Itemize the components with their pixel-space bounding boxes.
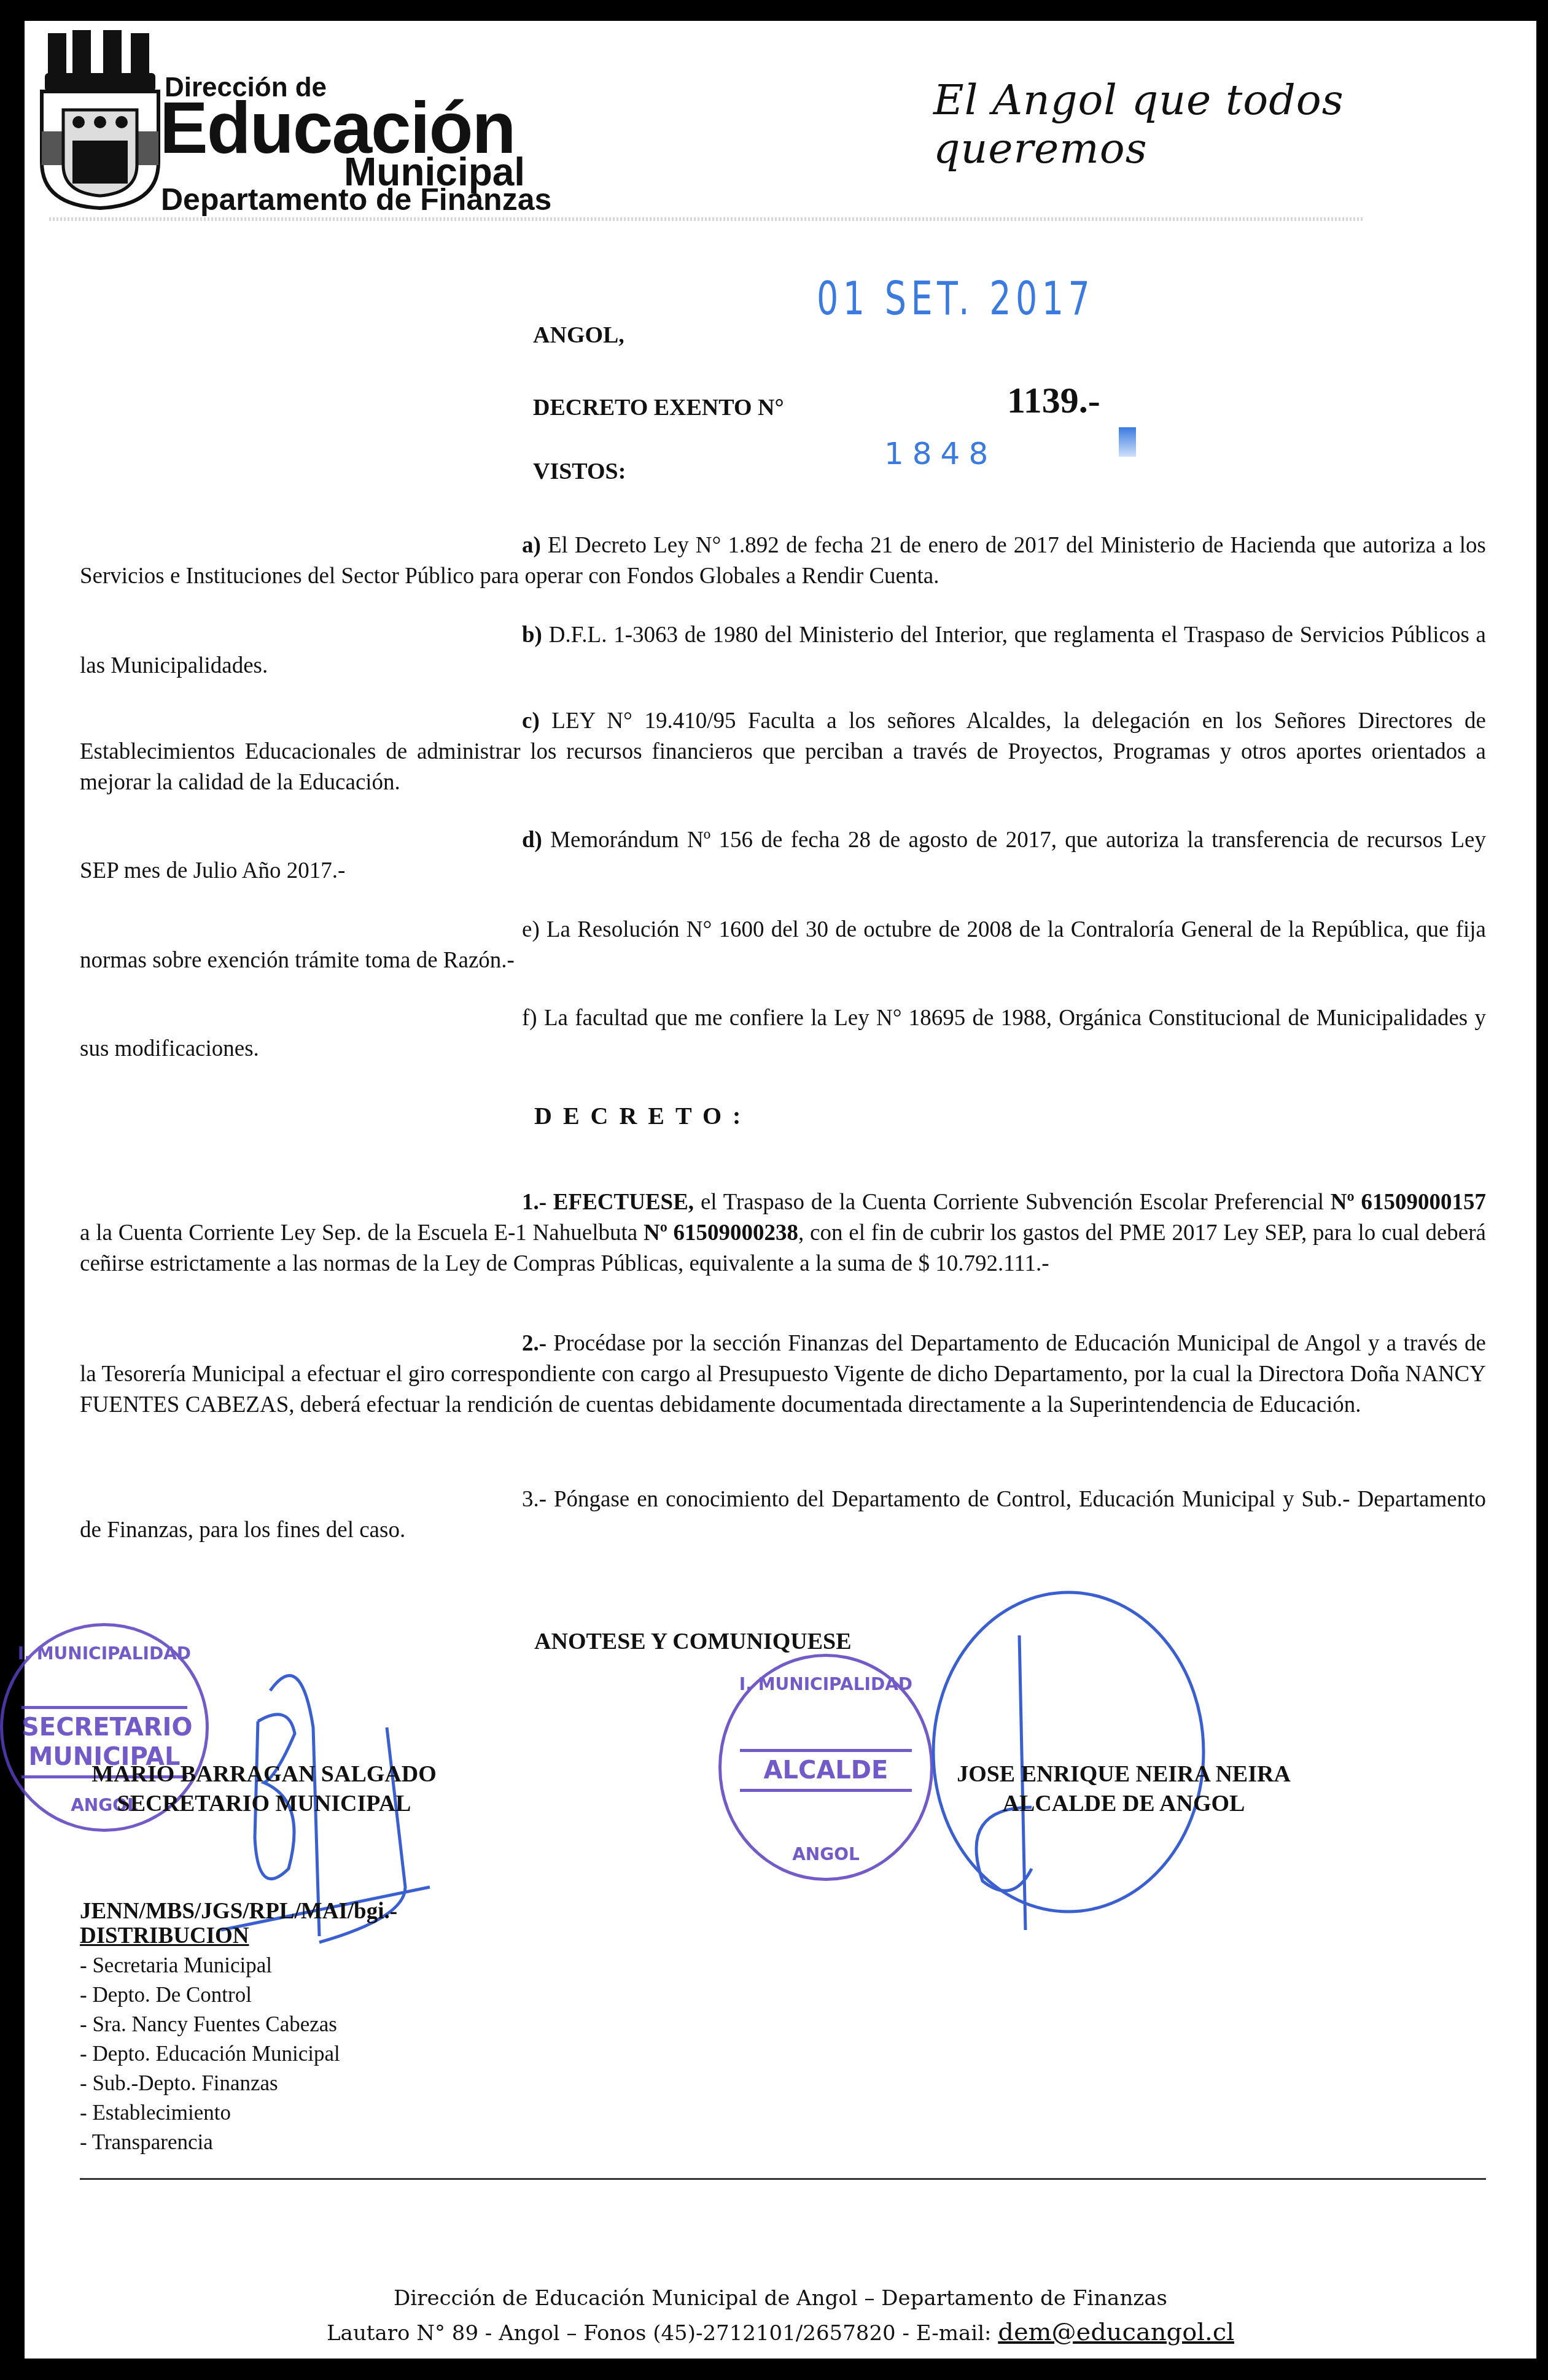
distribution-list: - Secretaria Municipal - Depto. De Contr…: [80, 1951, 340, 2157]
mayor-signature-icon: [909, 1586, 1228, 1930]
article-1: 1.- EFECTUESE, el Traspaso de la Cuenta …: [80, 1187, 1486, 1279]
list-item: - Transparencia: [80, 2128, 340, 2157]
secretary-signature-block: MARIO BARRAGAN SALGADO SECRETARIO MUNICI…: [61, 1759, 467, 1818]
decree-label: DECRETO EXENTO N°: [533, 394, 784, 421]
list-item: - Depto. De Control: [80, 1980, 340, 2010]
list-item: - Secretaria Municipal: [80, 1951, 340, 1980]
email-link[interactable]: dem@educangol.cl: [998, 2318, 1234, 2346]
footer-contact: Lautaro N° 89 - Angol – Fonos (45)-27121…: [25, 2318, 1536, 2346]
city-label: ANGOL,: [533, 322, 624, 349]
number-stamp: 1848: [884, 436, 997, 471]
visto-a: a) El Decreto Ley N° 1.892 de fecha 21 d…: [80, 530, 1486, 592]
secretary-title: SECRETARIO MUNICIPAL: [61, 1789, 467, 1818]
decreto-heading: DECRETO:: [534, 1101, 752, 1130]
brand-line-4: Departamento de Finanzas: [161, 184, 551, 215]
distribution-heading: DISTRIBUCION: [80, 1923, 249, 1949]
header-divider: [49, 217, 1363, 221]
mayor-title: ALCALDE DE ANGOL: [933, 1789, 1314, 1818]
list-item: - Sra. Nancy Fuentes Cabezas: [80, 2010, 340, 2039]
municipal-coat-of-arms-icon: [36, 27, 165, 211]
article-3: 3.- Póngase en conocimiento del Departam…: [80, 1484, 1486, 1546]
date-stamp: 01 SET. 2017: [817, 273, 1094, 325]
footer-divider: [80, 2178, 1486, 2180]
list-item: - Establecimiento: [80, 2098, 340, 2128]
list-item: - Sub.-Depto. Finanzas: [80, 2069, 340, 2098]
visto-b: b) D.F.L. 1-3063 de 1980 del Ministerio …: [80, 620, 1486, 681]
mayor-seal: I. MUNICIPALIDAD ALCALDE ANGOL: [718, 1654, 933, 1881]
visto-c: c) LEY N° 19.410/95 Faculta a los señore…: [80, 706, 1486, 798]
closing-formula: ANOTESE Y COMUNIQUESE: [534, 1628, 852, 1655]
visto-d: d) Memorándum Nº 156 de fecha 28 de agos…: [80, 825, 1486, 886]
stamp-mark-icon: [1119, 427, 1136, 457]
secretary-name: MARIO BARRAGAN SALGADO: [61, 1759, 467, 1789]
visto-f: f) La facultad que me confiere la Ley N°…: [80, 1003, 1486, 1064]
footer-organization: Dirección de Educación Municipal de Ango…: [25, 2286, 1536, 2311]
slogan: El Angol que todos queremos: [933, 76, 1536, 173]
article-2: 2.- Procédase por la sección Finanzas de…: [80, 1328, 1486, 1421]
visto-e: e) La Resolución N° 1600 del 30 de octub…: [80, 915, 1486, 976]
mayor-name: JOSE ENRIQUE NEIRA NEIRA: [933, 1759, 1314, 1789]
list-item: - Depto. Educación Municipal: [80, 2039, 340, 2069]
document-page: Dirección de Educación Municipal Departa…: [25, 21, 1536, 2359]
mayor-signature-block: JOSE ENRIQUE NEIRA NEIRA ALCALDE DE ANGO…: [933, 1759, 1314, 1818]
decree-number: 1139.-: [1007, 379, 1100, 422]
reference-initials: JENN/MBS/JGS/RPL/MAI/bgi.-: [80, 1898, 397, 1925]
vistos-heading: VISTOS:: [533, 458, 626, 485]
